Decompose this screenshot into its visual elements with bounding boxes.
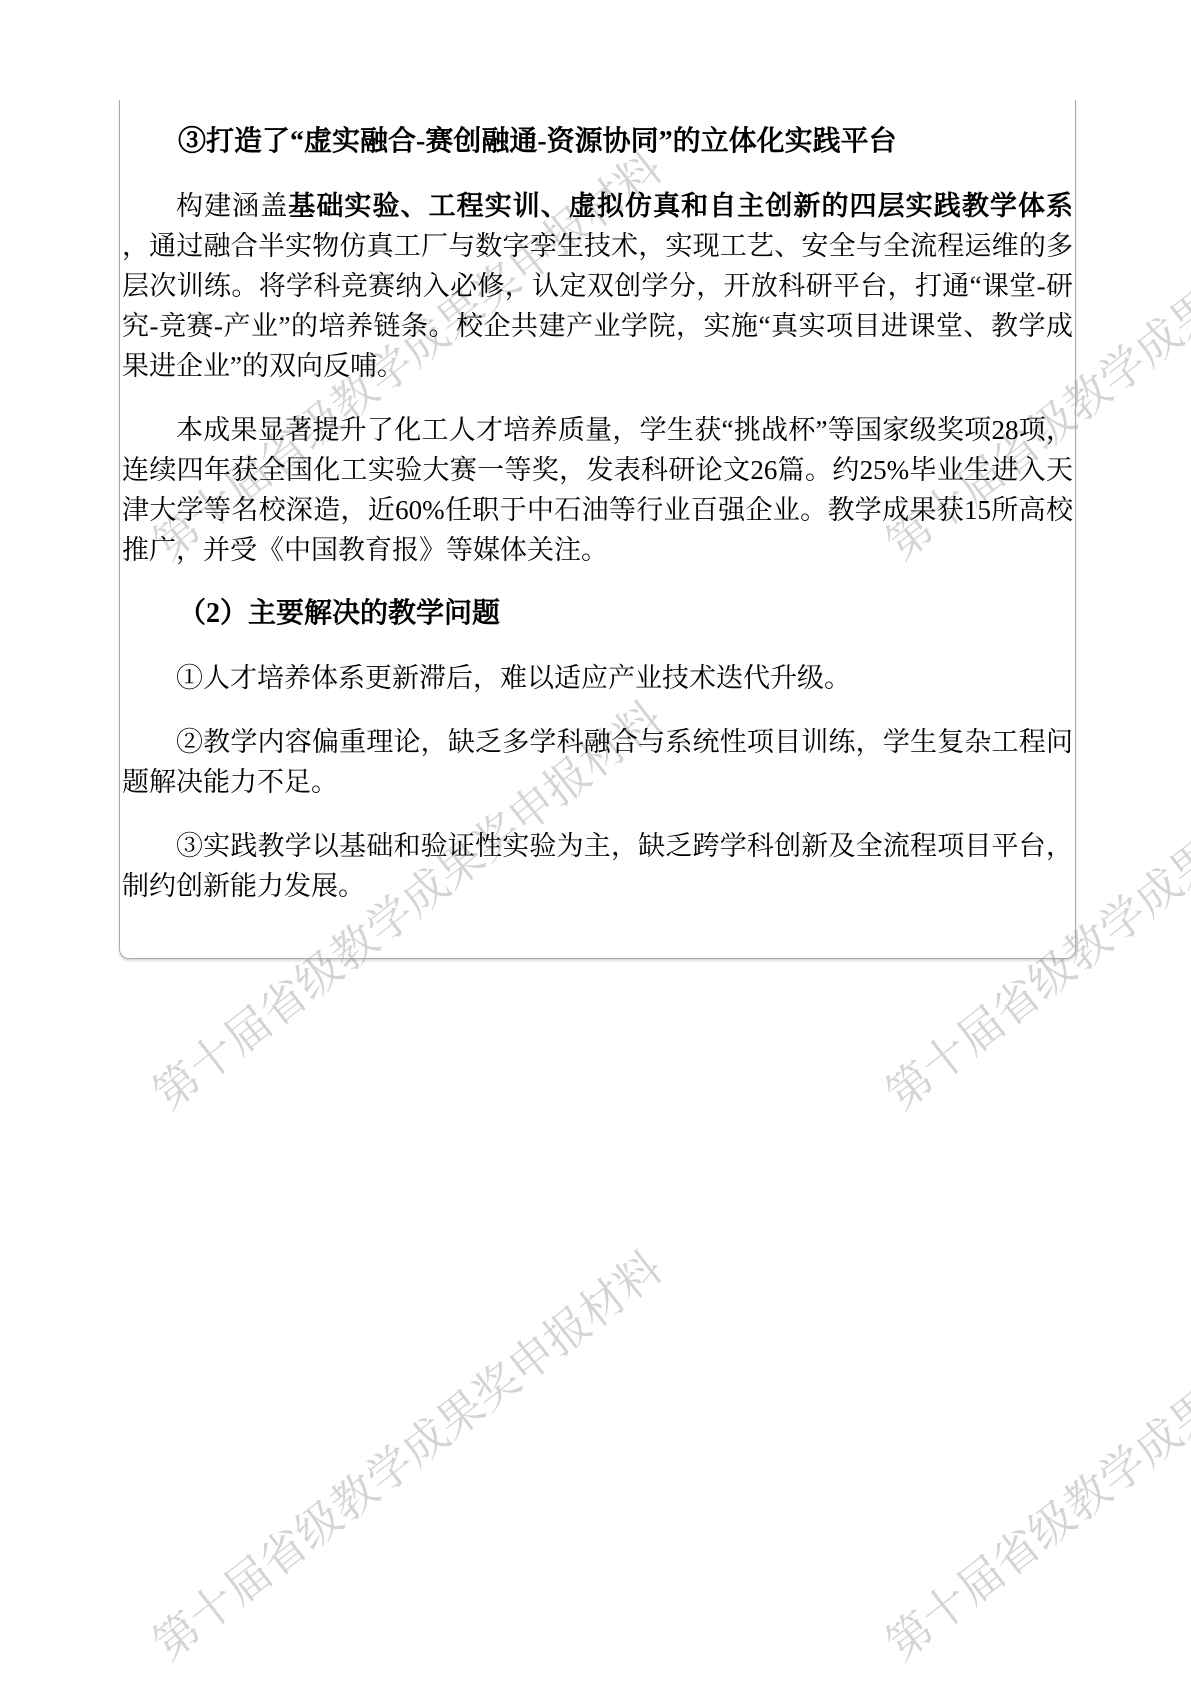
watermark-text: 第十届省级教学成果奖申报材料 <box>879 1245 1191 1668</box>
text-line: 究-竞赛-产业”的培养链条。校企共建产业学院，实施“真实项目进课堂、教学成 <box>122 306 1073 346</box>
paragraph-problem-1: ①人才培养体系更新滞后，难以适应产业技术迭代升级。 <box>122 658 1073 698</box>
text-line: ，通过融合半实物仿真工厂与数字孪生技术，实现工艺、安全与全流程运维的多 <box>122 226 1073 266</box>
text-line: 层次训练。将学科竞赛纳入必修，认定双创学分，开放科研平台，打通“课堂-研 <box>122 266 1073 306</box>
document-body: ③打造了“虚实融合-赛创融通-资源协同”的立体化实践平台 构建涵盖基础实验、工程… <box>120 100 1075 906</box>
paragraph-problem-3: ③实践教学以基础和验证性实验为主，缺乏跨学科创新及全流程项目平台， 制约创新能力… <box>122 826 1073 906</box>
text-line: 果进企业”的双向反哺。 <box>122 346 1073 386</box>
heading-practice-platform: ③打造了“虚实融合-赛创融通-资源协同”的立体化实践平台 <box>122 122 1073 162</box>
text-line: 津大学等名校深造，近60%任职于中石油等行业百强企业。教学成果获15所高校 <box>122 490 1073 530</box>
paragraph-problem-2: ②教学内容偏重理论，缺乏多学科融合与系统性项目训练，学生复杂工程问 题解决能力不… <box>122 722 1073 802</box>
text-line: 构建涵盖基础实验、工程实训、虚拟仿真和自主创新的四层实践教学体系 <box>122 186 1073 226</box>
text-line: ②教学内容偏重理论，缺乏多学科融合与系统性项目训练，学生复杂工程问 <box>122 722 1073 762</box>
watermark-text: 第十届省级教学成果奖申报材料 <box>146 1245 670 1668</box>
text-line: 推广，并受《中国教育报》等媒体关注。 <box>122 530 1073 570</box>
text-line: ①人才培养体系更新滞后，难以适应产业技术迭代升级。 <box>122 658 1073 698</box>
text-line: 本成果显著提升了化工人才培养质量，学生获“挑战杯”等国家级奖项28项， <box>122 410 1073 450</box>
document-page: 第十届省级教学成果奖申报材料 第十届省级教学成果奖申报材料 第十届省级教学成果奖… <box>0 0 1191 1684</box>
heading-teaching-problems: （2）主要解决的教学问题 <box>122 594 1073 634</box>
content-border-box: ③打造了“虚实融合-赛创融通-资源协同”的立体化实践平台 构建涵盖基础实验、工程… <box>119 100 1076 959</box>
paragraph-achievements: 本成果显著提升了化工人才培养质量，学生获“挑战杯”等国家级奖项28项， 连续四年… <box>122 410 1073 570</box>
text-line: 连续四年获全国化工实验大赛一等奖，发表科研论文26篇。约25%毕业生进入天 <box>122 450 1073 490</box>
paragraph-practice-platform: 构建涵盖基础实验、工程实训、虚拟仿真和自主创新的四层实践教学体系 ，通过融合半实… <box>122 186 1073 386</box>
text-line: ③实践教学以基础和验证性实验为主，缺乏跨学科创新及全流程项目平台， <box>122 826 1073 866</box>
text-run-bold: 基础实验、工程实训、虚拟仿真和自主创新的四层实践教学体系 <box>288 191 1073 221</box>
text-run-regular: 构建涵盖 <box>176 191 288 221</box>
text-line: 题解决能力不足。 <box>122 762 1073 802</box>
text-line: 制约创新能力发展。 <box>122 866 1073 906</box>
